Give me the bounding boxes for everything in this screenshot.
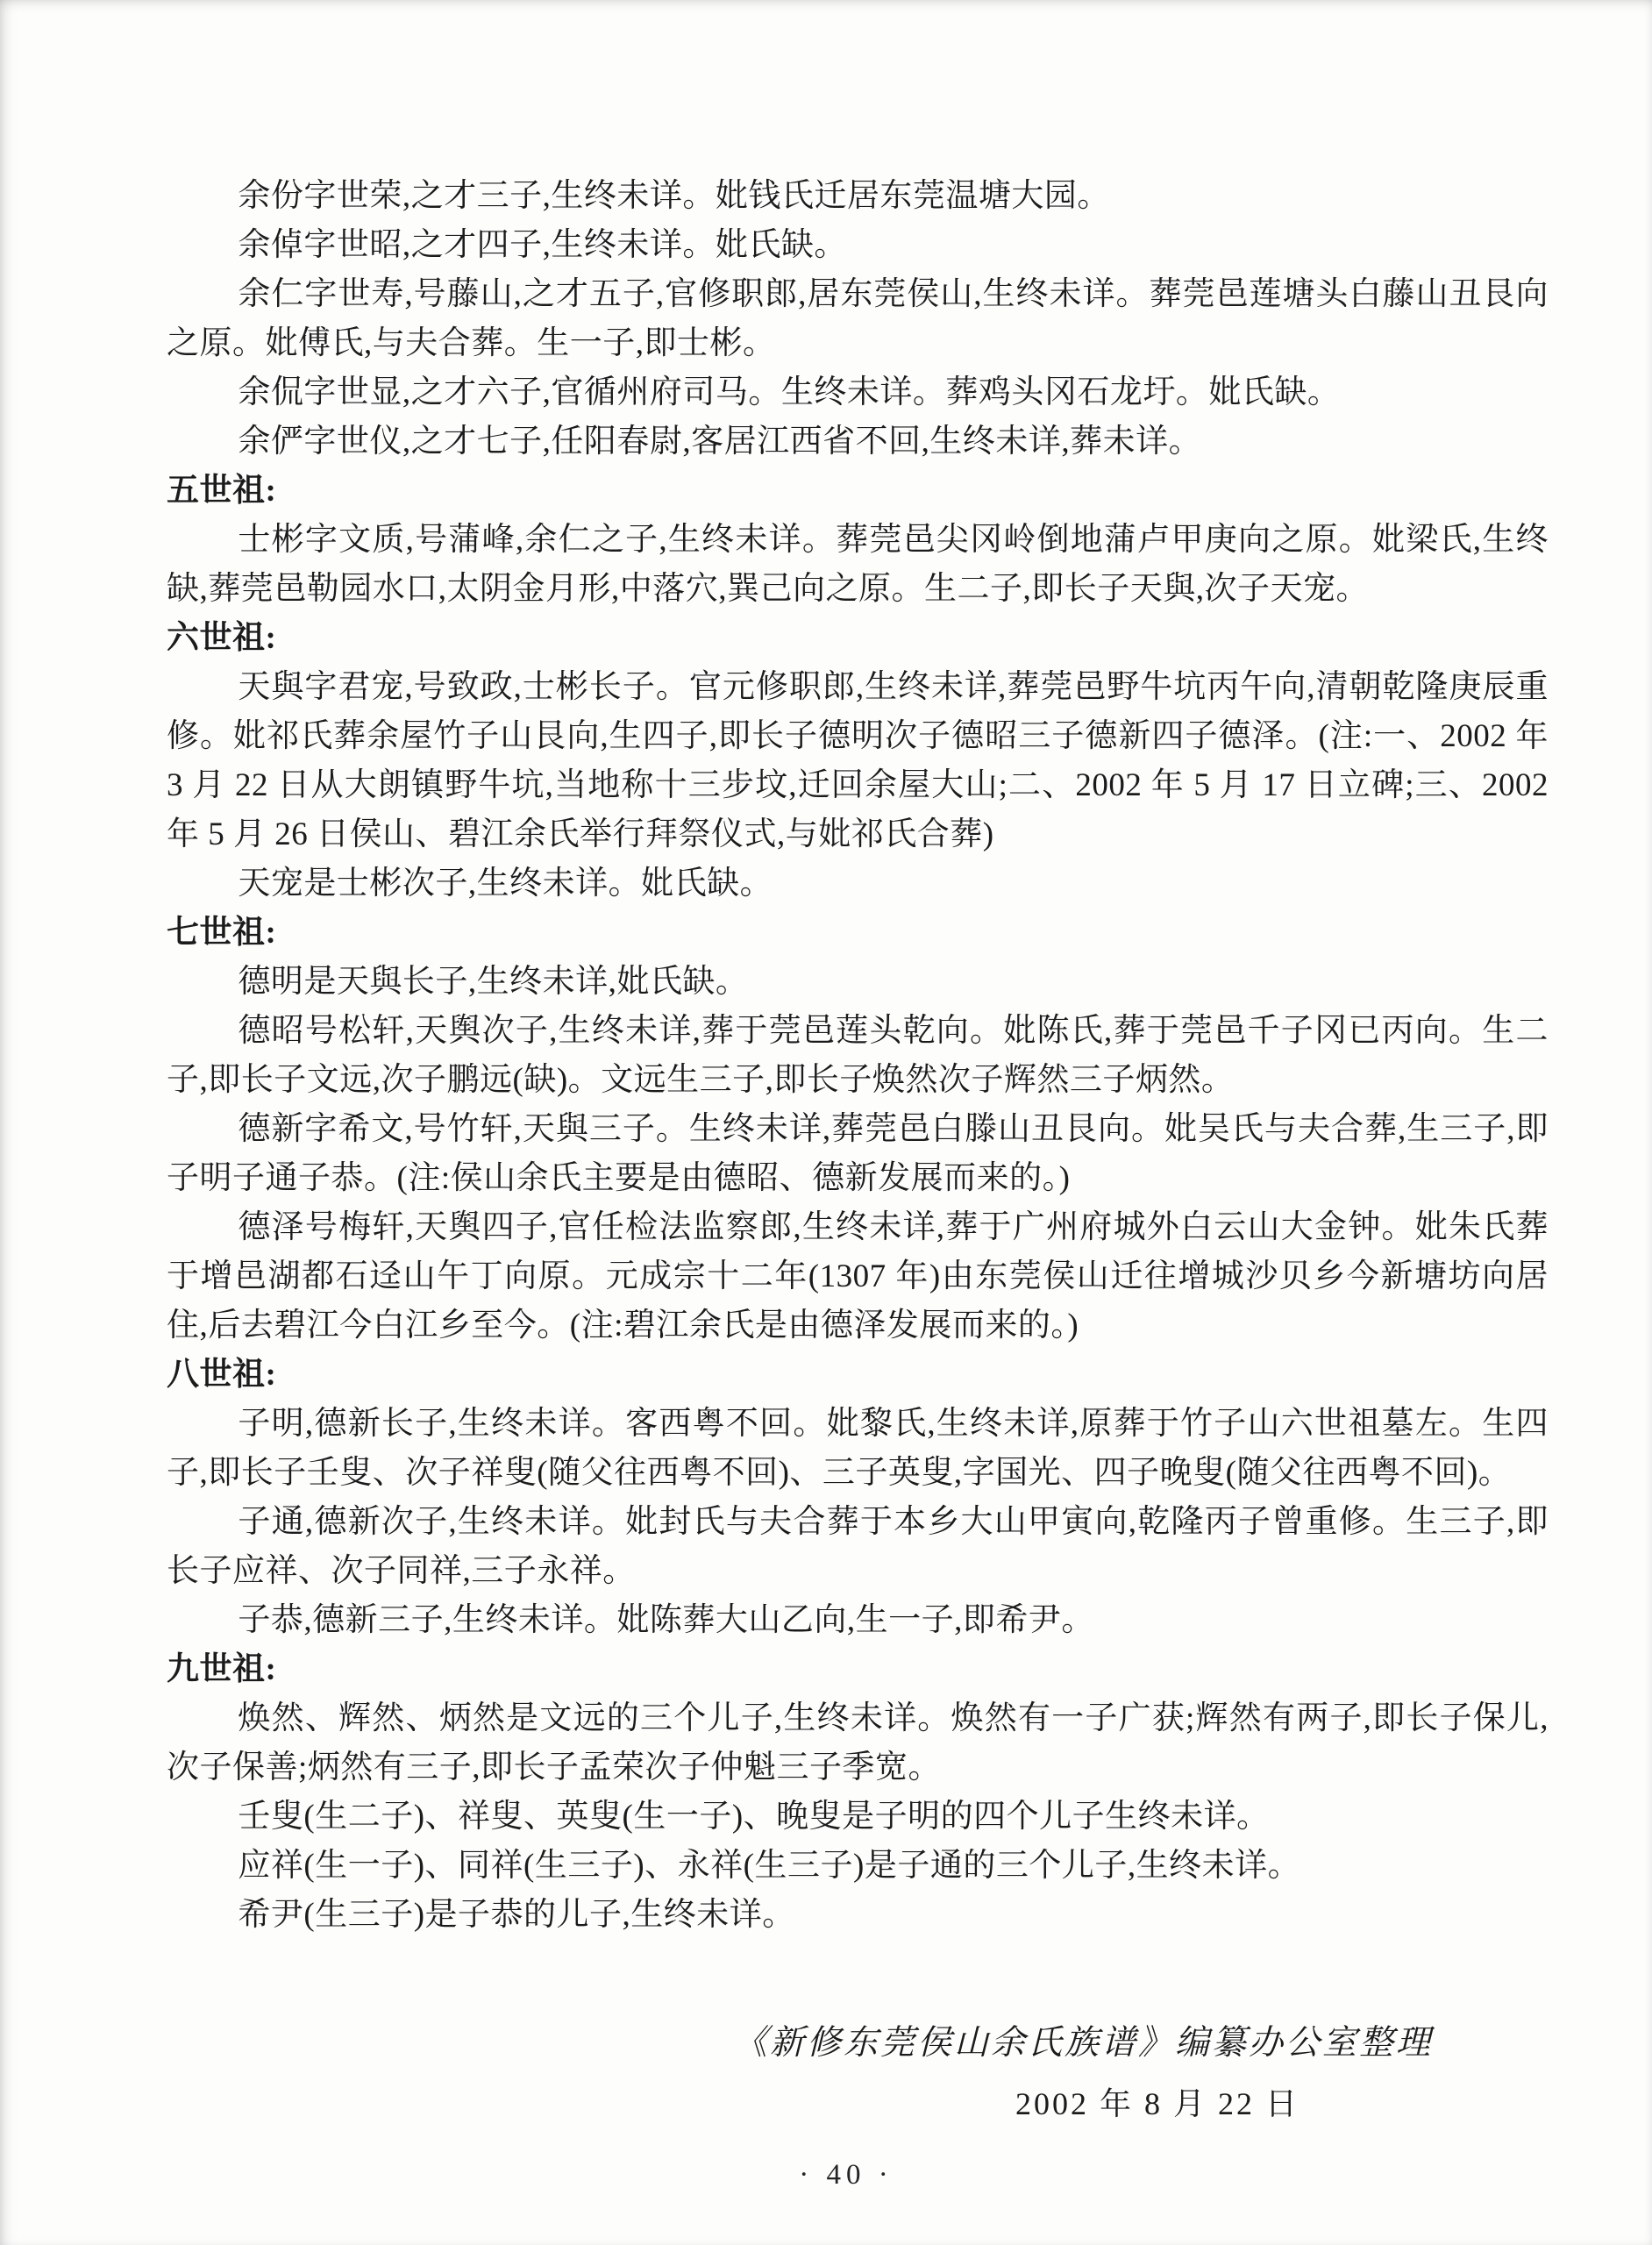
- date-line: 2002 年 8 月 22 日: [167, 2078, 1549, 2129]
- paragraph: 子明,德新长子,生终未详。客西粤不回。妣黎氏,生终未详,原葬于竹子山六世祖墓左。…: [167, 1400, 1549, 1498]
- paragraph: 德泽号梅轩,天舆四子,官任检法监察郎,生终未详,葬于广州府城外白云山大金钟。妣朱…: [167, 1203, 1549, 1351]
- section-heading: 七世祖:: [167, 909, 1549, 958]
- text-body: 余份字世荣,之才三子,生终未详。妣钱氏迁居东莞温塘大园。余倬字世昭,之才四子,生…: [167, 172, 1549, 2129]
- paragraph: 德明是天與长子,生终未详,妣氏缺。: [167, 958, 1549, 1007]
- paragraph: 天宠是士彬次子,生终未详。妣氏缺。: [167, 859, 1549, 909]
- document-page: 余份字世荣,之才三子,生终未详。妣钱氏迁居东莞温塘大园。余倬字世昭,之才四子,生…: [0, 0, 1652, 2245]
- paragraph: 应祥(生一子)、同祥(生三子)、永祥(生三子)是子通的三个儿子,生终未详。: [167, 1842, 1549, 1891]
- section-heading: 八世祖:: [167, 1351, 1549, 1400]
- paragraph: 壬叟(生二子)、祥叟、英叟(生一子)、晚叟是子明的四个儿子生终未详。: [167, 1792, 1549, 1842]
- section-heading: 九世祖:: [167, 1645, 1549, 1694]
- signature-line: 《新修东莞侯山余氏族谱》编纂办公室整理: [167, 2015, 1549, 2071]
- paragraph: 德昭号松轩,天舆次子,生终未详,葬于莞邑莲头乾向。妣陈氏,葬于莞邑千子冈已丙向。…: [167, 1007, 1549, 1105]
- paragraph: 余倬字世昭,之才四子,生终未详。妣氏缺。: [167, 221, 1549, 270]
- section-heading: 六世祖:: [167, 614, 1549, 663]
- paragraph: 余俨字世仪,之才七子,任阳春尉,客居江西省不回,生终未详,葬未详。: [167, 417, 1549, 467]
- colophon: 《新修东莞侯山余氏族谱》编纂办公室整理 2002 年 8 月 22 日: [167, 2015, 1549, 2129]
- paragraph: 子通,德新次子,生终未详。妣封氏与夫合葬于本乡大山甲寅向,乾隆丙子曾重修。生三子…: [167, 1498, 1549, 1596]
- paragraph: 天與字君宠,号致政,士彬长子。官元修职郎,生终未详,葬莞邑野牛坑丙午向,清朝乾隆…: [167, 663, 1549, 859]
- paragraph: 希尹(生三子)是子恭的儿子,生终未详。: [167, 1891, 1549, 1940]
- paragraph: 焕然、辉然、炳然是文远的三个儿子,生终未详。焕然有一子广获;辉然有两子,即长子保…: [167, 1694, 1549, 1792]
- section-heading: 五世祖:: [167, 467, 1549, 516]
- paragraph: 士彬字文质,号蒲峰,余仁之子,生终未详。葬莞邑尖冈岭倒地蒲卢甲庚向之原。妣梁氏,…: [167, 516, 1549, 614]
- paragraph: 余仁字世寿,号藤山,之才五子,官修职郎,居东莞侯山,生终未详。葬莞邑莲塘头白藤山…: [167, 270, 1549, 368]
- paragraph: 子恭,德新三子,生终未详。妣陈葬大山乙向,生一子,即希尹。: [167, 1596, 1549, 1645]
- paragraph: 余侃字世显,之才六子,官循州府司马。生终未详。葬鸡头冈石龙圩。妣氏缺。: [167, 368, 1549, 417]
- paragraph: 余份字世荣,之才三子,生终未详。妣钱氏迁居东莞温塘大园。: [167, 172, 1549, 221]
- page-number: · 40 ·: [0, 2159, 1652, 2192]
- paragraph: 德新字希文,号竹轩,天與三子。生终未详,葬莞邑白滕山丑艮向。妣吴氏与夫合葬,生三…: [167, 1105, 1549, 1203]
